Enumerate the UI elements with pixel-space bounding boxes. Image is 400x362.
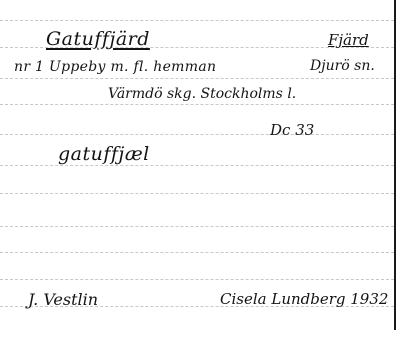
property-line: nr 1 Uppeby m. fl. hemman — [14, 59, 216, 75]
ruled-line — [0, 104, 394, 106]
ruled-line — [0, 226, 394, 228]
ruled-line — [0, 252, 394, 254]
ruled-line — [0, 20, 394, 22]
place-name-title: Gatuffjärd — [46, 28, 150, 50]
ruled-line — [0, 279, 394, 281]
archive-card: Gatuffjärd Fjärd nr 1 Uppeby m. fl. hemm… — [0, 0, 400, 362]
archive-code: Dc 33 — [270, 121, 314, 139]
ruled-line — [0, 165, 394, 167]
ruled-line — [0, 193, 394, 195]
pronunciation: gatuffjæl — [58, 143, 150, 165]
card-edge — [394, 0, 396, 330]
ruled-line — [0, 78, 394, 80]
recorder-signature: J. Vestlin — [28, 290, 98, 309]
district-name: Djurö sn. — [310, 58, 375, 74]
parish-name: Fjärd — [328, 31, 369, 49]
location-line: Värmdö skg. Stockholms l. — [108, 86, 296, 102]
author-signature-year: Cisela Lundberg 1932 — [220, 290, 388, 308]
ruled-line — [0, 134, 394, 136]
